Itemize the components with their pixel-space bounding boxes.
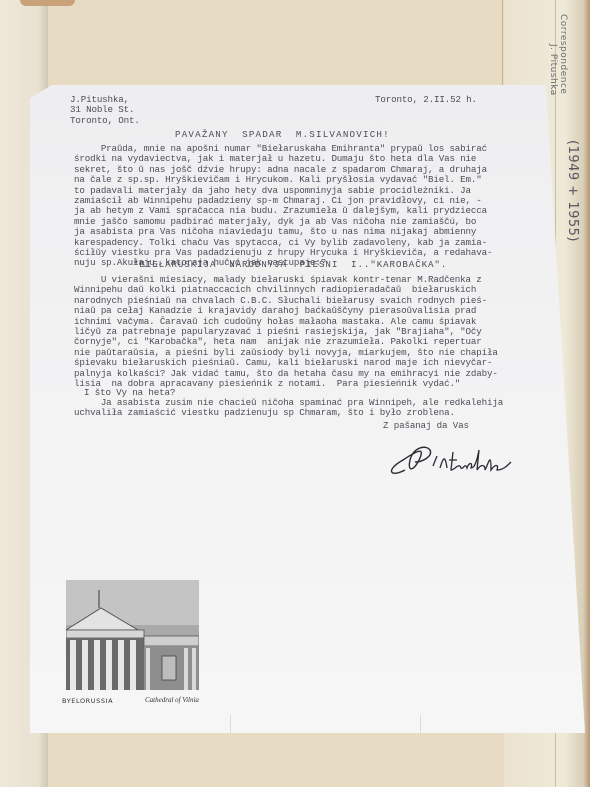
paragraph-1: Praŭda, mnie na apošni numar "Biełaruska…	[74, 144, 492, 269]
quoted-heading: "BIEŁARUSKIJA NARODNYJA PIEŚNI I.."KAROB…	[133, 260, 447, 270]
folder-annotation-years: (1949 + 1955)	[565, 140, 580, 242]
sender-address: J.Pitushka, 31 Noble St. Toronto, Ont.	[70, 95, 140, 126]
folder-annotation-line1: Correspondence	[558, 14, 568, 94]
folder-annotation-line2: J. Pitushka	[548, 44, 558, 96]
paragraph-3: Ja asabista zusim nie chacieŭ ničoha spa…	[74, 398, 503, 419]
paper-fold-line	[420, 715, 421, 733]
folder-divider-line-top	[502, 0, 503, 90]
letterhead-caption-title: Cathedral of Vilnia	[145, 696, 199, 704]
letterhead-caption-country: BYELORUSSIA	[62, 697, 113, 705]
letter-date: Toronto, 2.II.52 h.	[375, 95, 477, 105]
signature-icon	[385, 440, 525, 482]
paragraph-2: U vierašni miesiacy, maŀady biełaruski ś…	[74, 275, 498, 389]
cathedral-photo	[66, 580, 199, 690]
paper-fold-line	[230, 715, 231, 733]
salutation: PAVAŽANY SPADAR M.SILVANOVICH!	[175, 130, 390, 140]
cathedral-icon	[66, 580, 199, 690]
folder-top-edge	[20, 0, 75, 6]
closing: Z pašanaj da Vas	[383, 421, 469, 431]
